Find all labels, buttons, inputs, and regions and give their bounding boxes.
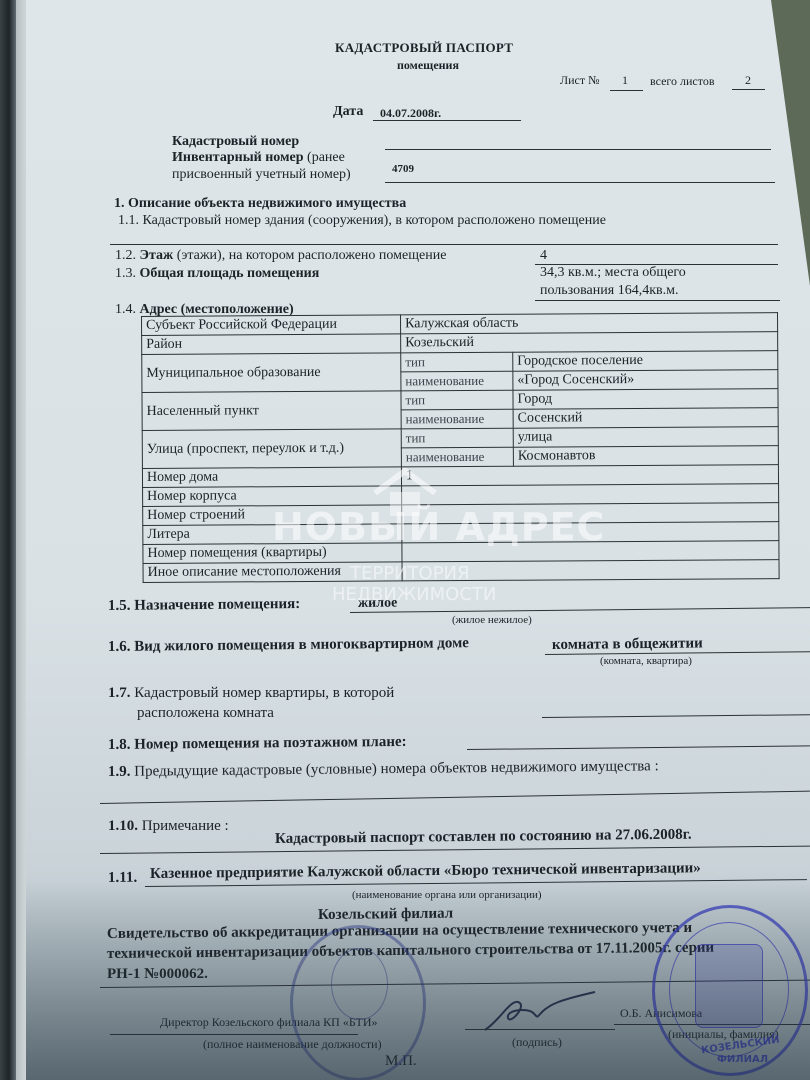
- item-1-4-num: 1.4.: [115, 302, 136, 317]
- item-1-7-label-line2: расположена комната: [137, 705, 274, 722]
- item-1-7-label: 1.7. Кадастровый номер квартиры, в котор…: [108, 685, 394, 702]
- total-sheets-value: 2: [745, 73, 751, 88]
- item-1-9-num: 1.9.: [108, 764, 131, 780]
- item-1-10-text: Примечание :: [142, 818, 229, 834]
- position-line: [110, 1034, 358, 1035]
- street-name-label: наименование: [401, 447, 513, 467]
- item-1-3-label: 1.3. Общая площадь помещения: [115, 266, 319, 282]
- accreditation-line-3: РН-1 №000062.: [107, 966, 208, 983]
- date-line: [373, 120, 521, 121]
- inventory-number-label-line2: присвоенный учетный номер): [172, 167, 351, 183]
- item-1-5-hint: (жилое нежилое): [452, 614, 532, 626]
- street-name-value: Космонавтов: [513, 446, 778, 467]
- sheet-label: Лист №: [560, 73, 600, 88]
- signature-hint: (подпись): [512, 1035, 562, 1050]
- municipal-name-label: наименование: [401, 371, 513, 391]
- subject-value: Калужская область: [400, 313, 777, 334]
- letter-label: Литера: [143, 524, 402, 545]
- locality-type-label: тип: [401, 390, 513, 410]
- number-sign: №: [588, 73, 599, 87]
- municipal-type-label: тип: [401, 352, 513, 372]
- position-value: Директор Козельского филиала КП «БТИ»: [160, 1015, 378, 1030]
- table-row: Иное описание местоположения: [143, 560, 779, 583]
- structure-label: Номер строений: [143, 505, 402, 526]
- address-table: Субъект Российской Федерации Калужская о…: [141, 312, 780, 583]
- branch-name: Козельский филиал: [318, 906, 453, 924]
- item-1-5-value: жилое: [358, 596, 397, 612]
- total-sheets-line: [732, 89, 765, 90]
- letter-value: [402, 522, 779, 543]
- item-1-8-label: 1.8. Номер помещения на поэтажном плане:: [108, 734, 407, 754]
- item-1-1-label: 1.1. Кадастровый номер здания (сооружени…: [118, 213, 606, 229]
- district-label: Район: [142, 334, 401, 355]
- other-description-label: Иное описание местоположения: [143, 562, 402, 583]
- subject-label: Субъект Российской Федерации: [142, 315, 401, 336]
- item-1-3-value-line2: пользования 164,4кв.м.: [540, 283, 678, 299]
- item-1-2-bold: Этаж: [140, 248, 174, 263]
- inventory-number-line: [385, 182, 775, 183]
- inventory-label-bold: Инвентарный номер: [172, 150, 304, 165]
- locality-name-value: Сосенский: [513, 408, 778, 429]
- position-hint: (полное наименование должности): [203, 1037, 382, 1052]
- inventory-number-value: 4709: [392, 163, 414, 175]
- sheet-number-line: [610, 90, 643, 91]
- house-value: 1: [401, 465, 778, 486]
- signature-icon: [480, 990, 600, 1040]
- locality-name-label: наименование: [401, 409, 513, 429]
- item-1-3-line: [535, 300, 780, 301]
- seal-label: М.П.: [385, 1053, 417, 1070]
- item-1-6-value: комната в общежитии: [552, 635, 703, 654]
- municipal-label: Муниципальное образование: [142, 353, 401, 393]
- cadastral-number-label: Кадастровый номер: [172, 134, 299, 150]
- item-1-2-num: 1.2.: [115, 248, 136, 263]
- building-value: [402, 484, 779, 505]
- locality-label: Населенный пункт: [142, 391, 401, 431]
- item-1-2-label: 1.2. Этаж (этажи), на котором расположен…: [115, 248, 446, 264]
- item-1-3-value-line1: 34,3 кв.м.; места общего: [540, 265, 686, 281]
- date-label: Дата: [333, 104, 363, 120]
- document-title: КАДАСТРОВЫЙ ПАСПОРТ: [335, 40, 513, 56]
- signer-name: О.Б. Анисимова: [620, 1006, 702, 1021]
- signer-name-hint: (инициалы, фамилия): [668, 1027, 779, 1042]
- item-1-2-value: 4: [540, 248, 547, 264]
- item-1-1-line: [110, 244, 778, 245]
- apartment-value: [402, 541, 779, 562]
- other-description-value: [402, 560, 779, 581]
- apartment-label: Номер помещения (квартиры): [143, 543, 402, 564]
- item-1-10-label: 1.10. Примечание :: [108, 818, 229, 835]
- document-subtitle: помещения: [397, 58, 459, 73]
- building-label: Номер корпуса: [143, 486, 402, 507]
- item-1-11-hint: (наименование органа или организации): [352, 889, 542, 901]
- sheet-label-text: Лист: [560, 73, 585, 87]
- inventory-number-label: Инвентарный номер (ранее: [172, 150, 345, 166]
- inventory-label-rest: (ранее: [307, 150, 345, 165]
- item-1-3-num: 1.3.: [115, 266, 136, 281]
- house-label: Номер дома: [142, 467, 401, 488]
- item-1-10-num: 1.10.: [108, 818, 138, 834]
- signature-line: [465, 1029, 615, 1030]
- total-sheets-label: всего листов: [650, 74, 715, 89]
- item-1-11-num: 1.11.: [108, 870, 137, 887]
- sheet-number: 1: [622, 73, 628, 88]
- structure-value: [402, 503, 779, 524]
- street-type-value: улица: [513, 427, 778, 448]
- signer-name-line: [614, 1024, 810, 1025]
- section-1-heading: 1. Описание объекта недвижимого имуществ…: [114, 196, 406, 212]
- item-1-7-num: 1.7.: [108, 685, 131, 701]
- item-1-6-hint: (комната, квартира): [600, 655, 692, 667]
- municipal-name-value: «Город Сосенский»: [513, 370, 778, 391]
- item-1-5-label: 1.5. Назначение помещения:: [108, 596, 300, 615]
- item-1-2-rest: (этажи), на котором расположено помещени…: [177, 248, 447, 263]
- cadastral-number-line: [385, 149, 771, 150]
- street-label: Улица (проспект, переулок и т.д.): [142, 429, 401, 469]
- street-type-label: тип: [401, 428, 513, 448]
- locality-type-value: Город: [513, 389, 778, 410]
- municipal-type-value: Городское поселение: [513, 351, 778, 372]
- item-1-3-bold: Общая площадь помещения: [140, 266, 320, 281]
- item-1-7-line1: Кадастровый номер квартиры, в которой: [134, 685, 394, 701]
- district-value: Козельский: [401, 332, 778, 353]
- date-value: 04.07.2008г.: [380, 106, 441, 121]
